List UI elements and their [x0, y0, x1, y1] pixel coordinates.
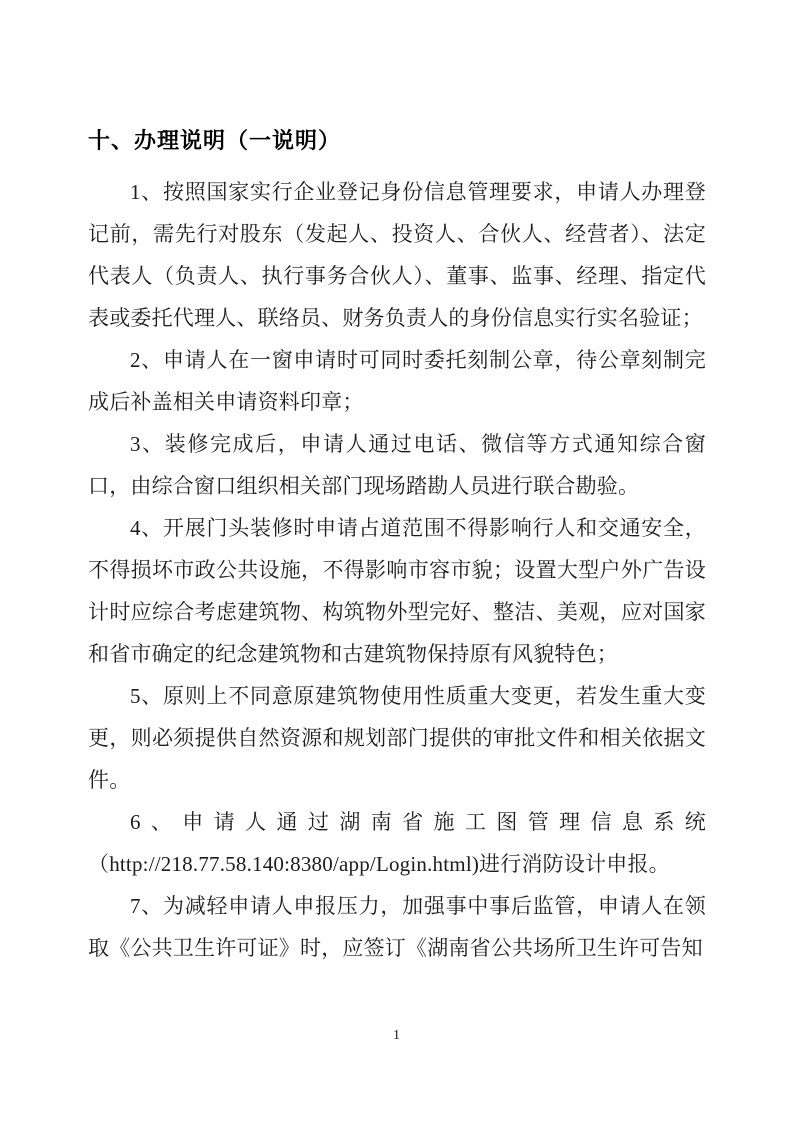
paragraph-5: 5、原则上不同意原建筑物使用性质重大变更，若发生重大变更，则必须提供自然资源和规…	[88, 675, 706, 801]
paragraph-3: 3、装修完成后，申请人通过电话、微信等方式通知综合窗口，由综合窗口组织相关部门现…	[88, 423, 706, 507]
page-number: 1	[0, 1028, 793, 1044]
document-page: 十、办理说明（一说明） 1、按照国家实行企业登记身份信息管理要求，申请人办理登记…	[0, 0, 793, 1122]
paragraph-4: 4、开展门头装修时申请占道范围不得影响行人和交通安全，不得损坏市政公共设施，不得…	[88, 507, 706, 675]
paragraph-1: 1、按照国家实行企业登记身份信息管理要求，申请人办理登记前，需先行对股东（发起人…	[88, 171, 706, 339]
paragraph-7: 7、为减轻申请人申报压力，加强事中事后监管，申请人在领取《公共卫生许可证》时，应…	[88, 885, 706, 969]
section-heading: 十、办理说明（一说明）	[88, 125, 706, 157]
paragraph-6-with-url: 6、申请人通过湖南省施工图管理信息系统（http://218.77.58.140…	[88, 801, 706, 885]
paragraph-2: 2、申请人在一窗申请时可同时委托刻制公章，待公章刻制完成后补盖相关申请资料印章；	[88, 339, 706, 423]
